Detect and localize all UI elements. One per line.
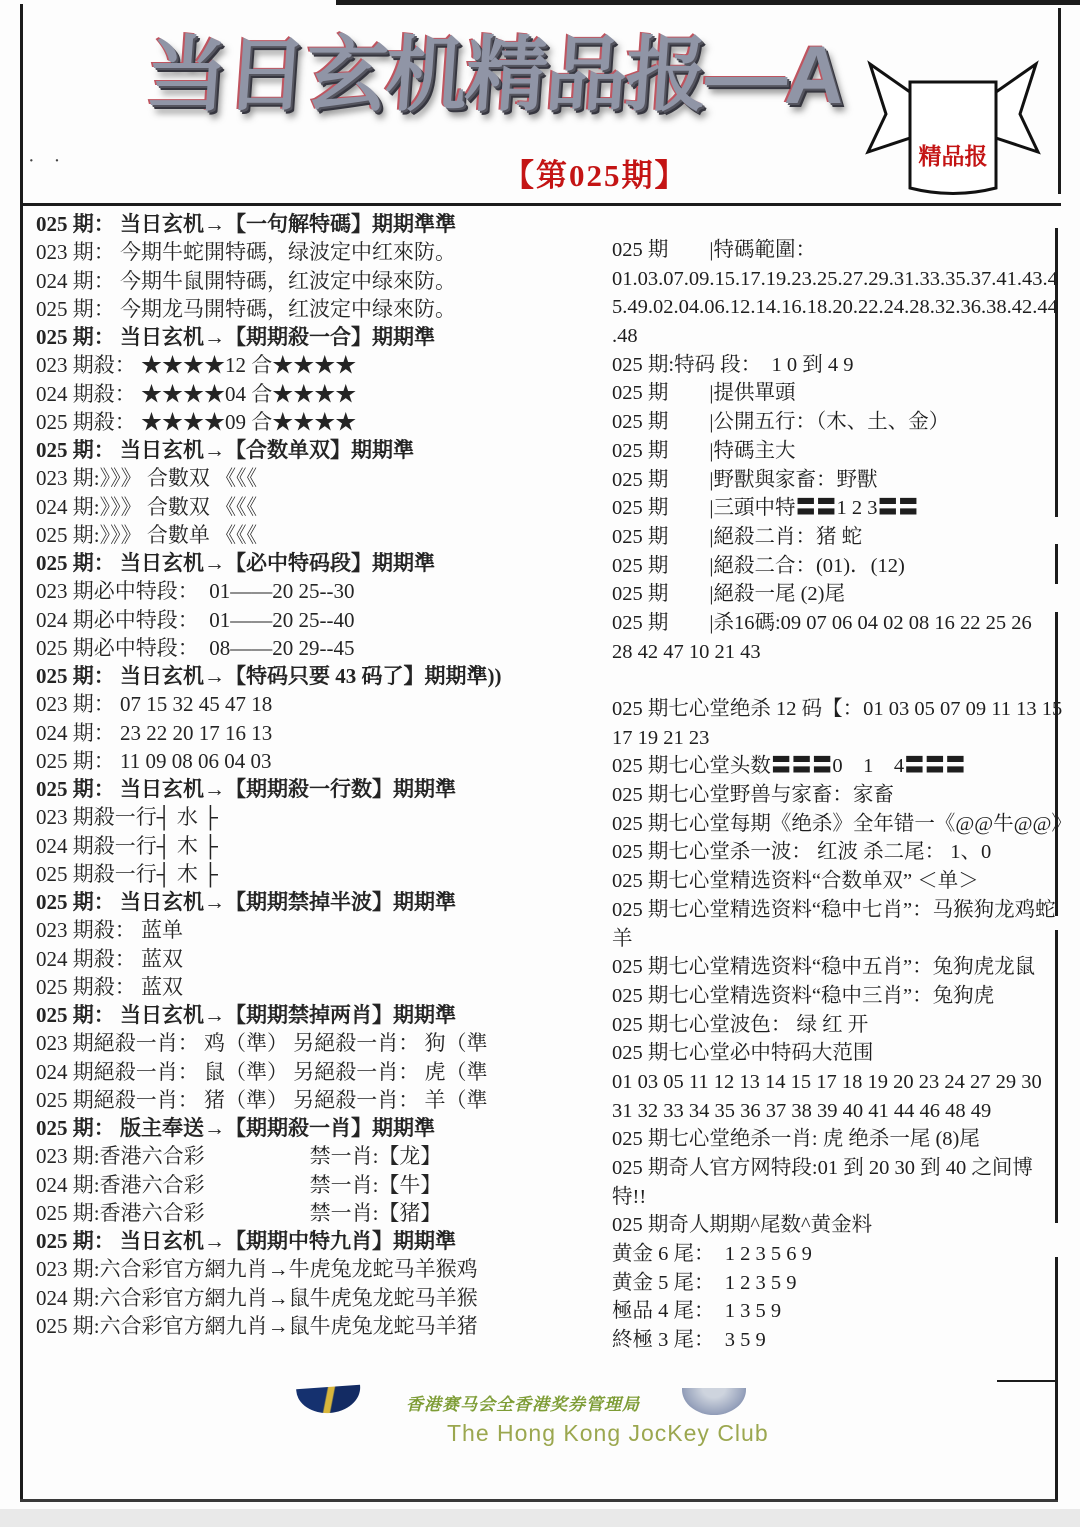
report-line: 025 期七心堂杀一波： 红波 杀二尾： 1、0 (612, 838, 1060, 867)
report-line: 025 期 |絕殺二肖：猪 蛇 (612, 523, 1060, 552)
report-line: 023 期： 今期牛蛇開特碼，绿波定中红來防。 (36, 238, 556, 266)
right-column: 025 期 |特碼範圍： 01.03.07.09.15.17.19.23.25.… (612, 236, 1060, 1355)
report-line: 28 42 47 10 21 43 (612, 638, 1060, 667)
scan-edge-strip (0, 1509, 1080, 1527)
report-line: 023 期殺： ★★★★12 合★★★★ (36, 351, 556, 379)
report-line: 黄金 5 尾： 1 2 3 5 9 (612, 1269, 1060, 1298)
globe-logo-right (682, 1388, 746, 1415)
report-line: 025 期七心堂精选资料“稳中七肖”：马猴狗龙鸡蛇 (612, 896, 1060, 925)
report-line: 025 期七心堂必中特码大范围 (612, 1039, 1060, 1068)
report-line: 025 期七心堂野兽与家畜：家畜 (612, 781, 1060, 810)
report-line: 023 期： 07 15 32 45 47 18 (36, 690, 556, 718)
report-line: 024 期殺： ★★★★04 合★★★★ (36, 380, 556, 408)
report-line: 極品 4 尾： 1 3 5 9 (612, 1297, 1060, 1326)
report-line: 025 期： 当日玄机→【期期殺一行数】期期準 (36, 775, 556, 803)
report-line: 31 32 33 34 35 36 37 38 39 40 41 44 46 4… (612, 1097, 1060, 1126)
report-line: 025 期殺： 蓝双 (36, 973, 556, 1001)
report-line: 023 期:》》》 合數双 《《《 (36, 464, 556, 492)
report-line: 023 期殺一行┤ 水 ├ (36, 803, 556, 831)
report-line: 025 期： 当日玄机→【期期殺一合】期期準 (36, 323, 556, 351)
report-line: 025 期 |絕殺一尾 (2)尾 (612, 580, 1060, 609)
jockey-club-name-en: The Hong Kong JocKey Club (447, 1420, 769, 1447)
report-line: 023 期絕殺一肖： 鸡（準） 另絕殺一肖： 狗（準 (36, 1029, 556, 1057)
report-line: 025 期:六合彩官方網九肖→鼠牛虎兔龙蛇马羊猪 (36, 1312, 556, 1340)
report-line: 024 期必中特段： 01——20 25--40 (36, 606, 556, 634)
left-column: 025 期： 当日玄机→【一句解特碼】期期準準 023 期： 今期牛蛇開特碼，绿… (36, 210, 556, 1340)
report-line: 024 期殺： 蓝双 (36, 945, 556, 973)
report-line: 024 期絕殺一肖： 鼠（準） 另絕殺一肖： 虎（準 (36, 1058, 556, 1086)
report-line: 025 期七心堂精选资料“稳中三肖”：兔狗虎 (612, 982, 1060, 1011)
header-divider (20, 203, 1061, 206)
report-line: 025 期 |絕殺二合：(01)．(12) (612, 552, 1060, 581)
report-line: 025 期 |公開五行：（木、土、金） (612, 408, 1060, 437)
report-title: 当日玄机精品报—A (142, 10, 847, 127)
globe-logo-left (296, 1385, 362, 1415)
report-line: .48 (612, 322, 1060, 351)
ribbon-label: 精品报 (919, 143, 988, 169)
report-line: 025 期:特码 段： 1 0 到 4 9 (612, 351, 1060, 380)
report-line: 025 期： 今期龙马開特碼，红波定中绿來防。 (36, 295, 556, 323)
report-line: 特!! (612, 1183, 1060, 1212)
report-line: 025 期： 当日玄机→【合数单双】期期準 (36, 436, 556, 464)
report-line: 025 期： 11 09 08 06 04 03 (36, 747, 556, 775)
report-line: 17 19 21 23 (612, 724, 1060, 753)
header-right-border (1058, 8, 1061, 194)
ribbon-badge: 精品报 (860, 52, 1046, 202)
bottom-border (20, 1499, 1058, 1502)
report-line: 終極 3 尾： 3 5 9 (612, 1326, 1060, 1355)
report-line: 025 期： 当日玄机→【必中特码段】期期準 (36, 549, 556, 577)
report-line: 01 03 05 11 12 13 14 15 17 18 19 20 23 2… (612, 1068, 1060, 1097)
report-line: 025 期： 当日玄机→【特码只要 43 码了】期期準)) (36, 662, 556, 690)
report-line: 025 期： 当日玄机→【期期中特九肖】期期準 (36, 1227, 556, 1255)
report-line: 025 期 |杀16碼:09 07 06 04 02 08 16 22 25 2… (612, 609, 1060, 638)
report-line: 024 期殺一行┤ 木 ├ (36, 832, 556, 860)
report-line: 023 期:六合彩官方網九肖→牛虎兔龙蛇马羊猴鸡 (36, 1255, 556, 1283)
report-line: 025 期： 当日玄机→【期期禁掉半波】期期準 (36, 888, 556, 916)
newspaper-page: · · 当日玄机精品报—A 【第025期】 精品报 025 期： 当日玄机→【一… (0, 0, 1080, 1527)
report-line: 025 期七心堂头数〓〓〓0 1 4〓〓〓 (612, 752, 1060, 781)
ribbon-right-wing (996, 64, 1038, 152)
report-line: 024 期： 23 22 20 17 16 13 (36, 719, 556, 747)
report-line: 025 期七心堂精选资料“合数单双” ＜单＞ (612, 867, 1060, 896)
right-border-tick (997, 1380, 1058, 1382)
report-line: 025 期七心堂绝杀一肖: 虎 绝杀一尾 (8)尾 (612, 1125, 1060, 1154)
report-line: 024 期:香港六合彩 禁一肖:【牛】 (36, 1171, 556, 1199)
report-line: 025 期： 当日玄机→【期期禁掉两肖】期期準 (36, 1001, 556, 1029)
report-line: 025 期： 当日玄机→【一句解特碼】期期準準 (36, 210, 556, 238)
report-line: 羊 (612, 925, 1060, 954)
report-line: 025 期 |特碼主大 (612, 437, 1060, 466)
corner-marks: · · (28, 150, 67, 173)
report-line: 025 期:香港六合彩 禁一肖:【猪】 (36, 1199, 556, 1227)
report-line: 025 期奇人期期^尾数^黄金料 (612, 1211, 1060, 1240)
report-line: 025 期絕殺一肖： 猪（準） 另絕殺一肖： 羊（準 (36, 1086, 556, 1114)
report-line: 黄金 6 尾： 1 2 3 5 6 9 (612, 1240, 1060, 1269)
report-line: 024 期:六合彩官方網九肖→鼠牛虎兔龙蛇马羊猴 (36, 1284, 556, 1312)
report-line: 025 期殺： ★★★★09 合★★★★ (36, 408, 556, 436)
report-line: 025 期七心堂精选资料“稳中五肖”：兔狗虎龙鼠 (612, 953, 1060, 982)
report-line: 025 期七心堂波色： 绿 红 开 (612, 1011, 1060, 1040)
report-line: 025 期 |野獸與家畜：野獸 (612, 466, 1060, 495)
report-line-blank (612, 666, 1060, 695)
report-line: 025 期必中特段： 08——20 29--45 (36, 634, 556, 662)
report-line: 025 期七心堂绝杀 12 码【：01 03 05 07 09 11 13 15 (612, 695, 1060, 724)
report-line: 025 期 |特碼範圍： (612, 236, 1060, 265)
issue-number: 【第025期】 (503, 150, 688, 195)
report-line: 025 期殺一行┤ 木 ├ (36, 860, 556, 888)
report-line: 025 期： 版主奉送→【期期殺一肖】期期準 (36, 1114, 556, 1142)
report-line: 023 期:香港六合彩 禁一肖:【龙】 (36, 1142, 556, 1170)
report-line: 023 期殺： 蓝单 (36, 916, 556, 944)
report-line: 023 期必中特段： 01——20 25--30 (36, 577, 556, 605)
jockey-club-name-cn: 香港赛马会全香港奖券管理局 (406, 1390, 640, 1415)
report-line: 5.49.02.04.06.12.14.16.18.20.22.24.28.32… (612, 293, 1060, 322)
report-line: 01.03.07.09.15.17.19.23.25.27.29.31.33.3… (612, 265, 1060, 294)
top-border (336, 0, 1080, 5)
report-line: 025 期:》》》 合數单 《《《 (36, 521, 556, 549)
report-line: 025 期七心堂每期《绝杀》全年错一《@@牛@@》 (612, 810, 1060, 839)
report-line: 025 期奇人官方网特段:01 到 20 30 到 40 之间博 (612, 1154, 1060, 1183)
report-line: 025 期 |提供單頭 (612, 379, 1060, 408)
ribbon-panel (910, 82, 996, 194)
report-line: 025 期 |三頭中特〓〓1 2 3〓〓 (612, 494, 1060, 523)
left-border (20, 4, 23, 1502)
report-line: 024 期:》》》 合數双 《《《 (36, 493, 556, 521)
report-line: 024 期： 今期牛鼠開特碼，红波定中绿來防。 (36, 267, 556, 295)
ribbon-left-wing (868, 64, 910, 152)
